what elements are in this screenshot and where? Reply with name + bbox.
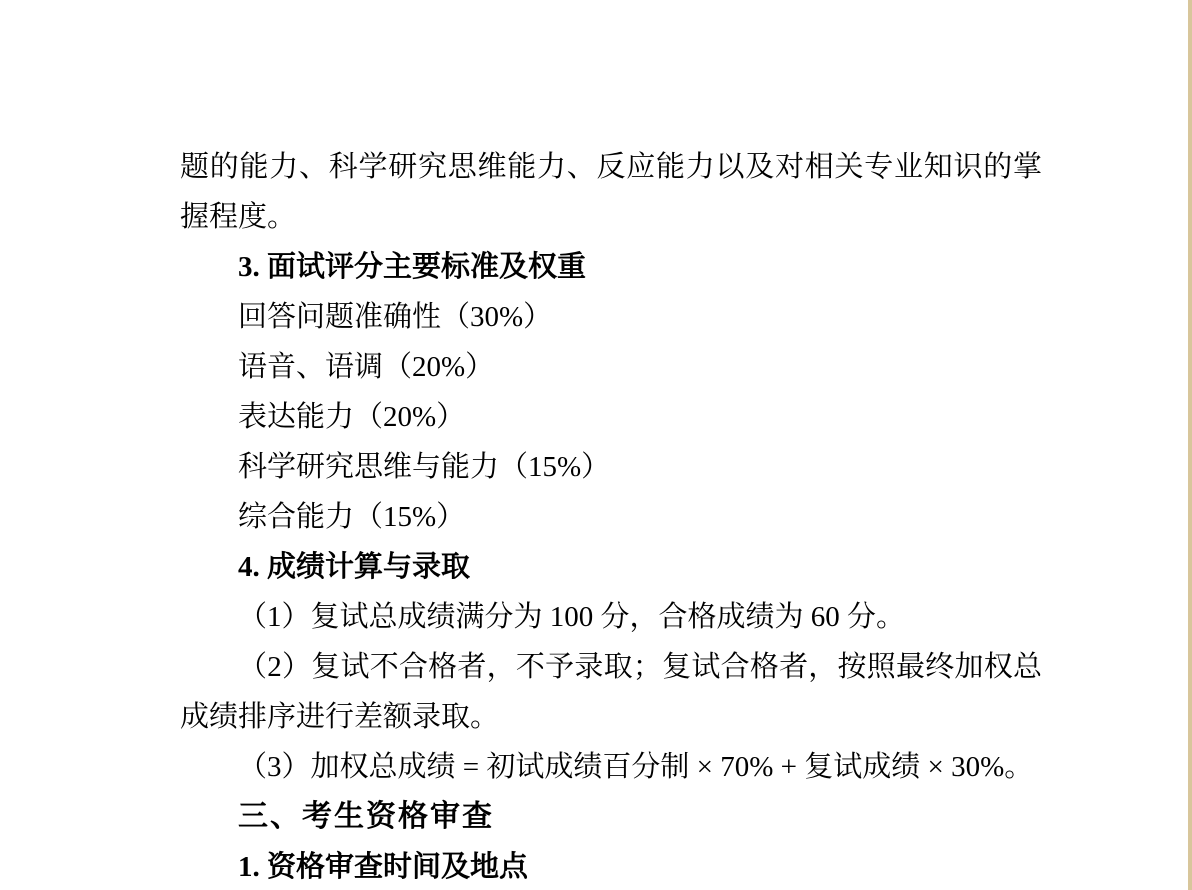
rule-pass-fail-admission: （2）复试不合格者，不予录取；复试合格者，按照最终加权总成绩排序进行差额录取。	[180, 642, 1042, 742]
para-continuation: 题的能力、科学研究思维能力、反应能力以及对相关专业知识的掌握程度。	[180, 142, 1042, 242]
page-edge-strip	[1188, 0, 1192, 890]
item-expression-ability: 表达能力（20%）	[180, 392, 1042, 442]
heading-interview-scoring-criteria: 3. 面试评分主要标准及权重	[180, 242, 1042, 292]
item-pronunciation-intonation: 语音、语调（20%）	[180, 342, 1042, 392]
heading-score-calculation-admission: 4. 成绩计算与录取	[180, 542, 1042, 592]
rule-total-score: （1）复试总成绩满分为 100 分，合格成绩为 60 分。	[180, 592, 1042, 642]
rule-weighted-score-formula: （3）加权总成绩 = 初试成绩百分制 × 70% + 复试成绩 × 30%。	[180, 742, 1042, 792]
document-text-block: 题的能力、科学研究思维能力、反应能力以及对相关专业知识的掌握程度。 3. 面试评…	[180, 142, 1042, 890]
section-candidate-qualification-review: 三、考生资格审查	[180, 792, 1042, 842]
item-comprehensive-ability: 综合能力（15%）	[180, 492, 1042, 542]
document-page: 题的能力、科学研究思维能力、反应能力以及对相关专业知识的掌握程度。 3. 面试评…	[0, 0, 1188, 890]
item-answer-accuracy: 回答问题准确性（30%）	[180, 292, 1042, 342]
item-research-thinking-ability: 科学研究思维与能力（15%）	[180, 442, 1042, 492]
heading-qualification-review-time-place: 1. 资格审查时间及地点	[180, 842, 1042, 890]
